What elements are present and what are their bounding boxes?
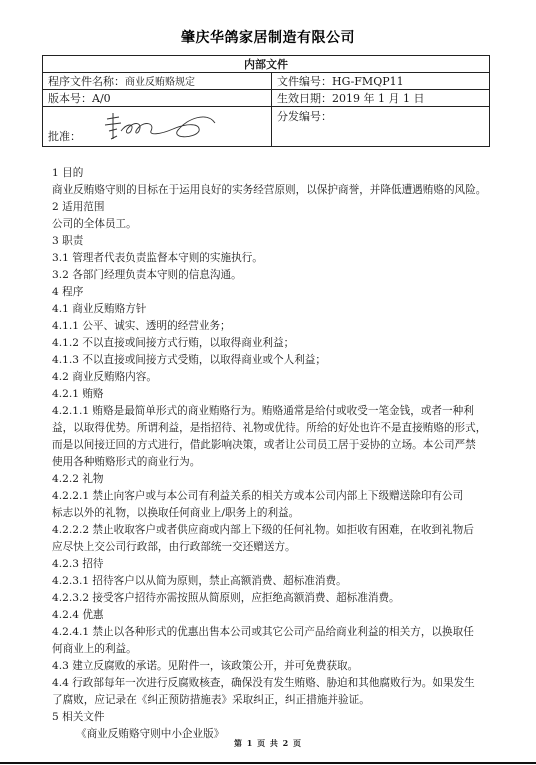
company-title: 肇庆华鸽家居制造有限公司	[0, 27, 536, 47]
paragraph: 4.2.1 贿赂	[52, 386, 492, 403]
version-value: A/0	[92, 92, 111, 105]
paragraph: 而是以间接迂回的方式进行，借此影响决策，或者让公司员工居于妥协的立场。本公司严禁	[52, 437, 492, 454]
paragraph: 商业反贿赂守则的目标在于运用良好的实务经营原则，以保护商誉，并降低遭遇贿赂的风险…	[52, 182, 492, 199]
paragraph: 4.1.3 不以直接或间接方式受贿，以取得商业或个人利益；	[52, 352, 492, 369]
paragraph: 应尽快上交公司行政部，由行政部统一交还赠送方。	[52, 539, 492, 556]
doc-name-label: 程序文件名称：	[48, 75, 125, 88]
heading-responsibilities: 3 职责	[52, 233, 492, 250]
page-bottom-rule	[0, 762, 536, 764]
paragraph: 益，以取得优势。所谓利益，是指招待、礼物或优待。所给的好处也许不是直接贿赂的形式…	[52, 420, 492, 437]
document-body: 1 目的 商业反贿赂守则的目标在于运用良好的实务经营原则，以保护商誉，并降低遭遇…	[52, 165, 492, 743]
paragraph: 4.2.1.1 贿赂是最简单形式的商业贿赂行为。贿赂通常是给付或收受一笔金钱，或…	[52, 403, 492, 420]
distribution-label: 分发编号：	[277, 110, 332, 123]
doc-no-cell: 文件编号：HG-FMQP11	[272, 73, 490, 90]
paragraph: 4.1.2 不以直接或间接方式行贿，以取得商业利益；	[52, 335, 492, 352]
paragraph: 4.2 商业反贿赂内容。	[52, 369, 492, 386]
paragraph: 4.1.1 公平、诚实、透明的经营业务；	[52, 318, 492, 335]
paragraph: 4.2.3 招待	[52, 556, 492, 573]
distribution-cell: 分发编号：	[272, 107, 490, 147]
doc-no-label: 文件编号：	[277, 75, 332, 88]
signature-image	[83, 109, 223, 143]
paragraph: 3.1 管理者代表负责监督本守则的实施执行。	[52, 250, 492, 267]
doc-name-value: 商业反贿赂规定	[125, 77, 195, 88]
paragraph: 4.2.2.2 禁止收取客户或者供应商或内部上下级的任何礼物。如拒收有困难，在收…	[52, 522, 492, 539]
paragraph: 何商业上的利益。	[52, 641, 492, 658]
paragraph: 4.2.4.1 禁止以各种形式的优惠出售本公司或其它公司产品给商业利益的相关方，…	[52, 624, 492, 641]
version-label: 版本号：	[48, 92, 92, 105]
paragraph: 4.2.4 优惠	[52, 607, 492, 624]
paragraph: 标志以外的礼物，以换取任何商业上/职务上的利益。	[52, 505, 492, 522]
paragraph: 4.3 建立反腐败的承诺。见附件一，该政策公开，并可免费获取。	[52, 658, 492, 675]
paragraph: 4.2.2 礼物	[52, 471, 492, 488]
heading-purpose: 1 目的	[52, 165, 492, 182]
doc-name-cell: 程序文件名称：商业反贿赂规定	[43, 73, 272, 90]
heading-procedure: 4 程序	[52, 284, 492, 301]
paragraph: 4.1 商业反贿赂方针	[52, 301, 492, 318]
heading-scope: 2 适用范围	[52, 199, 492, 216]
paragraph: 4.2.2.1 禁止向客户或与本公司有利益关系的相关方或本公司内部上下级赠送除印…	[52, 488, 492, 505]
doc-no-value: HG-FMQP11	[332, 75, 404, 88]
page-number: 第 1 页 共 2 页	[0, 738, 536, 749]
paragraph: 使用各种贿赂形式的商业行为。	[52, 454, 492, 471]
approval-cell: 批准：	[43, 107, 272, 147]
effective-date-value: 2019 年 1 月 1 日	[332, 92, 424, 105]
approve-label: 批准：	[48, 128, 81, 144]
paragraph: 公司的全体员工。	[52, 216, 492, 233]
effective-date-cell: 生效日期：2019 年 1 月 1 日	[272, 90, 490, 107]
effective-date-label: 生效日期：	[277, 92, 332, 105]
paragraph: 4.4 行政部每年一次进行反腐败核查，确保没有发生贿赂、胁迫和其他腐败行为。如果…	[52, 675, 492, 692]
table-title: 内部文件	[43, 56, 490, 73]
version-cell: 版本号：A/0	[43, 90, 272, 107]
paragraph: 3.2 各部门经理负责本守则的信息沟通。	[52, 267, 492, 284]
paragraph: 4.2.3.2 接受客户招待亦需按照从简原则，应拒绝高额消费、超标准消费。	[52, 590, 492, 607]
paragraph: 4.2.3.1 招待客户以从简为原则，禁止高额消费、超标准消费。	[52, 573, 492, 590]
heading-related-docs: 5 相关文件	[52, 709, 492, 726]
document-header-table: 内部文件 程序文件名称：商业反贿赂规定 文件编号：HG-FMQP11 版本号：A…	[42, 55, 490, 147]
paragraph: 了腐败，应记录在《纠正预防措施表》采取纠正，纠正措施并验证。	[52, 692, 492, 709]
